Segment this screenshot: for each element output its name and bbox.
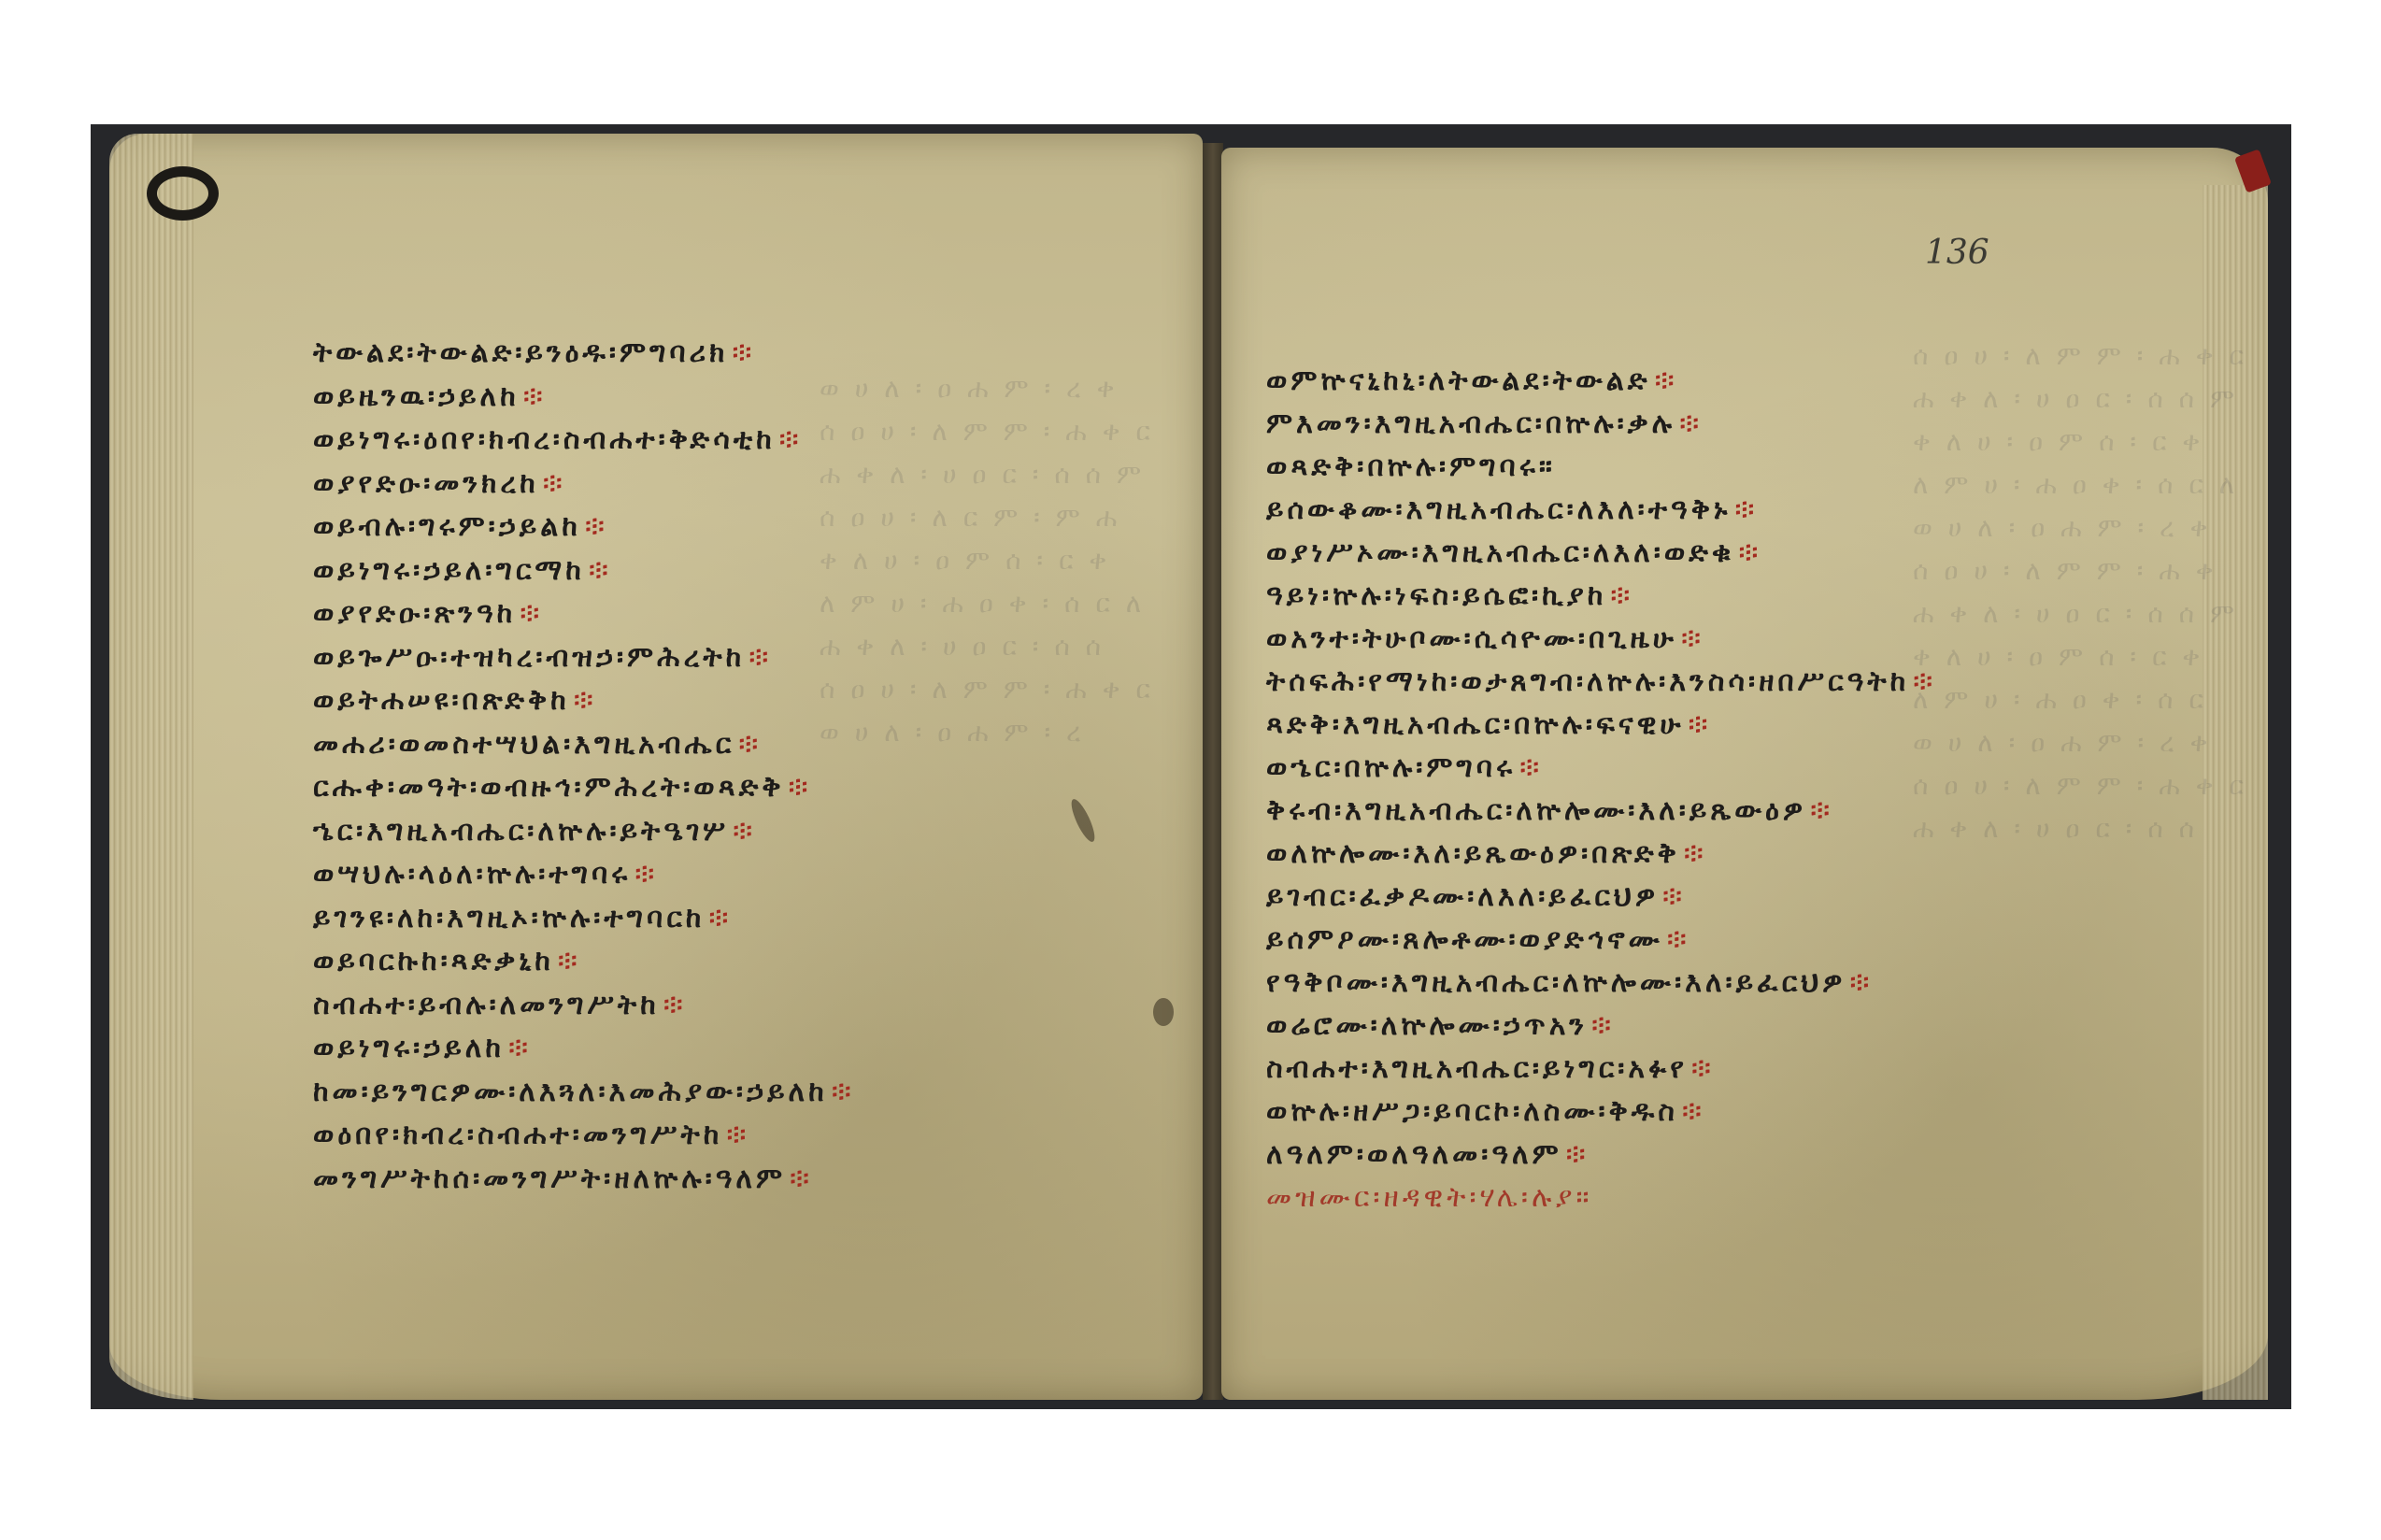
punctuation-mark: ፨ xyxy=(733,815,756,848)
punctuation-mark: ፨ xyxy=(1734,493,1758,526)
text-line: ጻድቅ፡እግዚአብሔር፡በኵሉ፡ፍናዊሁ፨ xyxy=(1266,704,1936,747)
punctuation-mark: ፨ xyxy=(543,467,566,500)
text-line: ከመ፡ይንግርዎሙ፡ለእጓለ፡እመሕያው፡ኃይለከ፨ xyxy=(313,1071,855,1115)
punctuation-mark: ፨ xyxy=(1655,364,1678,397)
punctuation-mark: ፨ xyxy=(1738,536,1761,569)
text-line: ወለኵሎሙ፡እለ፡ይጼውዕዎ፡በጽድቅ፨ xyxy=(1266,833,1936,876)
right-fore-edge xyxy=(2203,185,2268,1400)
text-line: ወሣህሉ፡ላዕለ፡ኵሉ፡ተግባሩ፨ xyxy=(313,853,855,897)
punctuation-mark: ፨ xyxy=(523,380,547,413)
text-line: ወሬሮሙ፡ለኵሎሙ፡ኃጥአን፨ xyxy=(1266,1005,1936,1048)
text-line: ዓይነ፡ኵሉ፡ነፍስ፡ይሴፎ፡ኪያከ፨ xyxy=(1266,575,1936,618)
text-line: ወይነግሩ፡ኃይለከ፨ xyxy=(313,1027,855,1071)
punctuation-mark: ፨ xyxy=(589,554,612,587)
punctuation-mark: ፨ xyxy=(790,1162,813,1195)
punctuation-mark: ፨ xyxy=(1684,837,1707,870)
show-through-text: ወ ሀ ለ ፡ ዐ ሐ ም ፡ ረ ቀ ሰ ዐ ሀ ፡ ለ ም ም ፡ ሐ ቀ … xyxy=(820,367,1154,754)
punctuation-mark: ፨ xyxy=(558,945,581,977)
right-page-text: ወምኵናኒከኒ፡ለትውልደ፡ትውልድ፨ ምእመን፡እግዚአብሔር፡በኵሉ፡ቃሉ፨… xyxy=(1266,360,1936,1219)
punctuation-mark: ፨ xyxy=(1688,708,1711,741)
punctuation-mark: ፨ xyxy=(1682,1095,1705,1128)
punctuation-mark: ፨ xyxy=(1566,1138,1590,1171)
text-line: ወያነሥኦሙ፡እግዚአብሔር፡ለእለ፡ወድቁ፨ xyxy=(1266,532,1936,575)
text-line: ይሰምዖሙ፡ጸሎቶሙ፡ወያድኅኖሙ፨ xyxy=(1266,919,1936,962)
punctuation-mark: ፨ xyxy=(789,771,812,804)
text-line: ወይብሉ፡ግሩም፡ኃይልከ፨ xyxy=(313,506,855,549)
punctuation-mark: ፨ xyxy=(508,1032,532,1064)
punctuation-mark: ፨ xyxy=(1591,1009,1615,1042)
text-line: ወያየድዑ፡መንክረከ፨ xyxy=(313,463,855,506)
binding-thread-icon xyxy=(147,166,219,221)
text-line: መንግሥትከሰ፡መንግሥት፡ዘለኵሉ፡ዓለም፨ xyxy=(313,1158,855,1202)
punctuation-mark: ፨ xyxy=(1610,579,1633,612)
text-line: ወጻድቅ፡በኵሉ፡ምግባሩ። xyxy=(1266,446,1936,489)
punctuation-mark: ፨ xyxy=(574,684,597,717)
text-line: ወይነግሩ፡ዕበየ፡ክብረ፡ስብሐተ፡ቅድሳቲከ፨ xyxy=(313,419,855,463)
punctuation-mark: ፨ xyxy=(708,902,732,934)
text-line: ትሰፍሕ፡የማነከ፡ወታጸግብ፡ለኵሉ፡እንስሳ፡ዘበሥርዓትከ፨ xyxy=(1266,661,1936,704)
text-line: ትውልደ፡ትውልድ፡ይንዕዱ፡ምግባሪክ፨ xyxy=(313,332,855,376)
text-line: ወአንተ፡ትሁቦሙ፡ሲሳዮሙ፡በጊዜሁ፨ xyxy=(1266,618,1936,661)
text-line: ወያየድዑ፡ጽንዓከ፨ xyxy=(313,592,855,636)
show-through-text: ሰ ዐ ሀ ፡ ለ ም ም ፡ ሐ ቀ ር ሐ ቀ ለ ፡ ሀ ዐ ር ፡ ሰ … xyxy=(1913,335,2247,850)
text-line: ስብሐተ፡ይብሉ፡ለመንግሥትከ፨ xyxy=(313,984,855,1028)
text-line: ወምኵናኒከኒ፡ለትውልደ፡ትውልድ፨ xyxy=(1266,360,1936,403)
text-line: ስብሐተ፡እግዚአብሔር፡ይነግር፡አፉየ፨ xyxy=(1266,1048,1936,1091)
rubric-line: መዝሙር፡ዘዳዊት፡ሃሌ፡ሉያ። xyxy=(1266,1176,1936,1219)
text-line: ኄር፡እግዚአብሔር፡ለኵሉ፡ይትዔገሦ፨ xyxy=(313,810,855,854)
text-line: ወኵሉ፡ዘሥጋ፡ይባርኮ፡ለስሙ፡ቅዱስ፨ xyxy=(1266,1091,1936,1134)
book-gutter xyxy=(1203,143,1223,1400)
punctuation-mark: ፨ xyxy=(1849,966,1873,999)
text-line: ወኄር፡በኵሉ፡ምግባሩ፨ xyxy=(1266,747,1936,790)
text-line: ይገንዩ፡ለከ፡እግዚኦ፡ኵሉ፡ተግባርከ፨ xyxy=(313,897,855,941)
punctuation-mark: ፨ xyxy=(663,989,687,1021)
left-fore-edge xyxy=(109,134,193,1400)
punctuation-mark: ፨ xyxy=(749,641,772,674)
ink-stain xyxy=(1153,998,1174,1026)
punctuation-mark: ፨ xyxy=(1681,622,1704,655)
text-line: ወይባርኩከ፡ጻድቃኒከ፨ xyxy=(313,940,855,984)
text-line: ወይጐሥዑ፡ተዝካረ፡ብዝኃ፡ምሕረትከ፨ xyxy=(313,636,855,680)
punctuation-mark: ፨ xyxy=(1913,665,1936,698)
punctuation-mark: ፨ xyxy=(520,597,543,630)
punctuation-mark: ፨ xyxy=(779,423,803,456)
punctuation-mark: ፨ xyxy=(1667,923,1690,956)
folio-number: 136 xyxy=(1925,234,1989,272)
text-line: ምእመን፡እግዚአብሔር፡በኵሉ፡ቃሉ፨ xyxy=(1266,403,1936,446)
text-line: ርሑቀ፡መዓት፡ወብዙኅ፡ምሕረት፡ወጻድቅ፨ xyxy=(313,766,855,810)
punctuation-mark: ፨ xyxy=(1679,407,1703,440)
text-line: የዓቅቦሙ፡እግዚአብሔር፡ለኵሎሙ፡እለ፡ይፈርህዎ፨ xyxy=(1266,962,1936,1005)
left-page-text: ትውልደ፡ትውልድ፡ይንዕዱ፡ምግባሪክ፨ ወይዜንዉ፡ኃይለከ፨ ወይነግሩ፡… xyxy=(313,332,855,1201)
text-line: ቅሩብ፡እግዚአብሔር፡ለኵሎሙ፡እለ፡ይጼውዕዎ፨ xyxy=(1266,790,1936,833)
text-line: መሐሪ፡ወመስተሣህል፡እግዚአብሔር፨ xyxy=(313,723,855,767)
punctuation-mark: ፨ xyxy=(738,728,762,761)
text-line: ለዓለም፡ወለዓለመ፡ዓለም፨ xyxy=(1266,1134,1936,1176)
text-line: ወይዜንዉ፡ኃይለከ፨ xyxy=(313,376,855,420)
punctuation-mark: ፨ xyxy=(732,336,755,369)
punctuation-mark: ፨ xyxy=(1810,794,1833,827)
punctuation-mark: ፨ xyxy=(832,1076,855,1108)
punctuation-mark: ፨ xyxy=(726,1119,749,1151)
text-line: ይሰውቆሙ፡እግዚአብሔር፡ለእለ፡ተዓቅኑ፨ xyxy=(1266,489,1936,532)
punctuation-mark: ፨ xyxy=(1519,751,1543,784)
punctuation-mark: ፨ xyxy=(585,510,608,543)
text-line: ወዕበየ፡ክብረ፡ስብሐተ፡መንግሥትከ፨ xyxy=(313,1114,855,1158)
text-line: ይገብር፡ፈቃዶሙ፡ለእለ፡ይፈርህዎ፨ xyxy=(1266,876,1936,919)
punctuation-mark: ፨ xyxy=(1662,880,1686,913)
punctuation-mark: ፨ xyxy=(1691,1052,1715,1085)
punctuation-mark: ፨ xyxy=(634,858,658,891)
text-line: ወይትሐሠዩ፡በጽድቅከ፨ xyxy=(313,679,855,723)
text-line: ወይነግሩ፡ኃይለ፡ግርማከ፨ xyxy=(313,549,855,593)
